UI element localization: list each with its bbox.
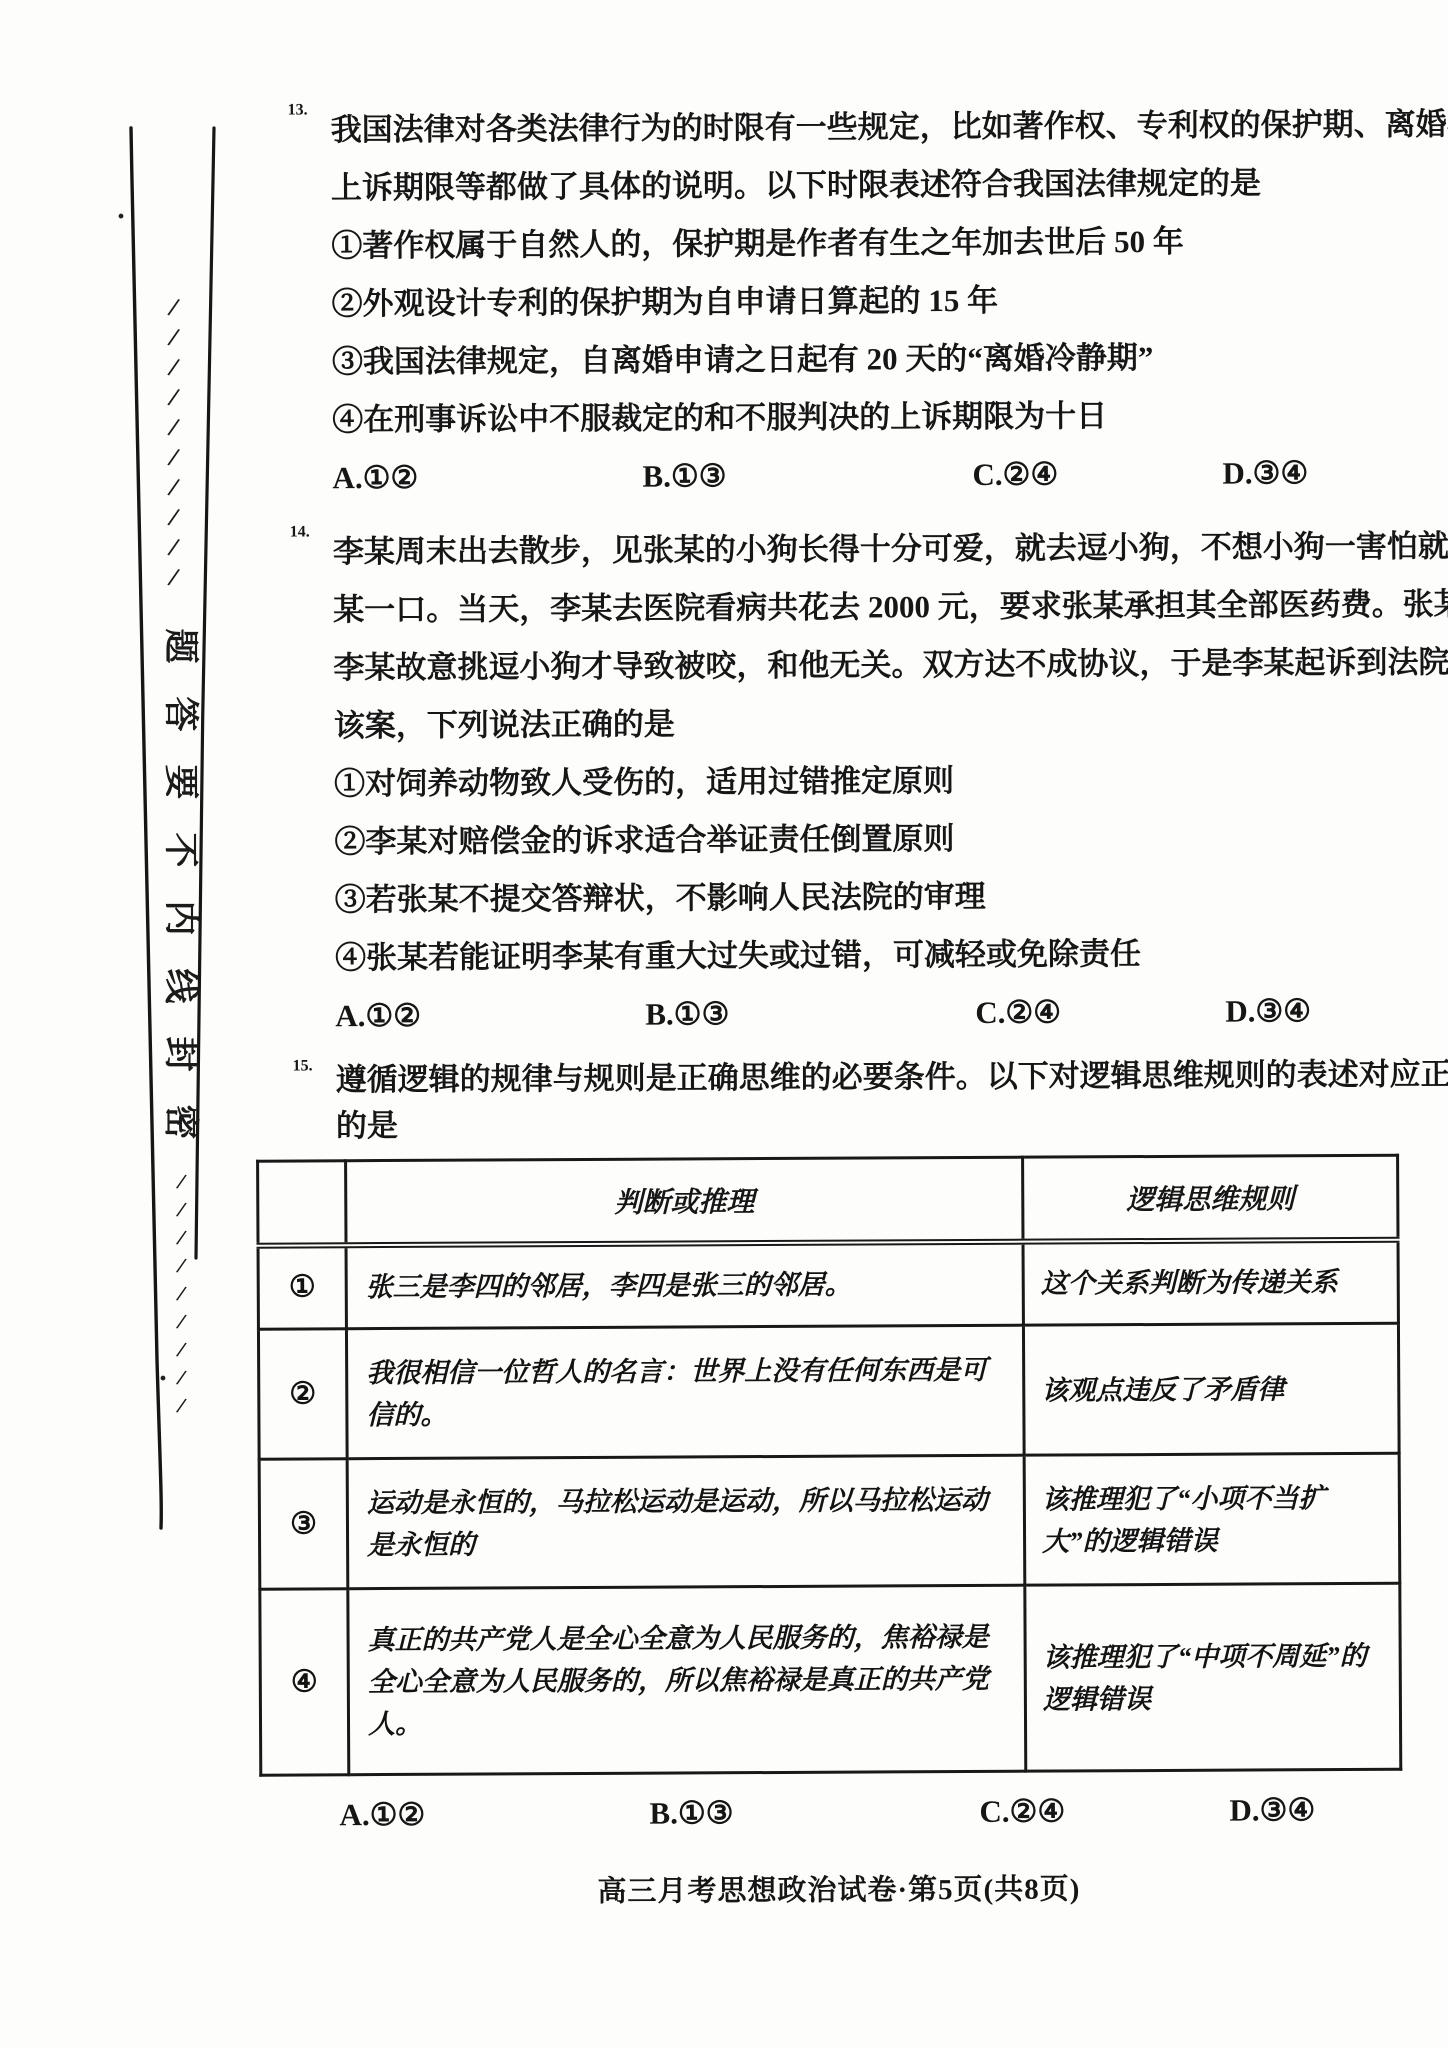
q13-choice-c: C.②④ [972, 445, 1222, 504]
table-row-2: ② 我很相信一位哲人的名言：世界上没有任何东西是可信的。 该观点违反了矛盾律 [258, 1323, 1399, 1459]
table-row-4: ④ 真正的共产党人是全心全意为人民服务的，焦裕禄是全心全意为人民服务的，所以焦裕… [260, 1583, 1401, 1775]
q14-item-2: ②李某对赔偿金的诉求适合举证责任倒置原则 [334, 807, 1448, 871]
q14-choice-c: C.②④ [975, 983, 1225, 1042]
row-4-judgment: 真正的共产党人是全心全意为人民服务的，焦裕禄是全心全意为人民服务的，所以焦裕禄是… [348, 1585, 1026, 1775]
q14-choice-b: B.①③ [645, 984, 975, 1044]
q15-table-wrapper: 判断或推理 逻辑思维规则 ① 张三是李四的邻居，李四是张三的邻居。 这个关系判断… [256, 1153, 1448, 1776]
exam-paper-page: · / / / / / / / / / / 题 答 要 不 内 线 封 密 / … [0, 0, 1448, 2048]
q13-item-2: ②外观设计专利的保护期为自申请日算起的 15 年 [331, 269, 1448, 333]
table-row-1: ① 张三是李四的邻居，李四是张三的邻居。 这个关系判断为传递关系 [258, 1239, 1398, 1329]
q13-item-1: ①著作权属于自然人的，保护期是作者有生之年加去世后 50 年 [331, 211, 1448, 275]
row-4-rule: 该推理犯了“中项不周延”的逻辑错误 [1025, 1583, 1401, 1771]
q15-stem-line: 遵循逻辑的规律与规则是正确思维的必要条件。以下对逻辑思维规则的表述对应正确 [336, 1051, 1448, 1103]
question-14-number: 14. [290, 523, 310, 541]
row-2-rule: 该观点违反了矛盾律 [1023, 1323, 1399, 1455]
row-3-rule: 该推理犯了“小项不当扩大”的逻辑错误 [1024, 1453, 1400, 1585]
q13-choices: A.①② B.①③ C.②④ D.③④ [332, 443, 1448, 507]
q14-stem-line: 李某周末出去散步，见张某的小狗长得十分可爱，就去逗小狗，不想小狗一害怕就咬了李 [333, 517, 1448, 581]
table-header-row: 判断或推理 逻辑思维规则 [258, 1155, 1398, 1245]
row-3-judgment: 运动是永恒的，马拉松运动是运动，所以马拉松运动是永恒的 [347, 1455, 1025, 1589]
q13-choice-d: D.③④ [1222, 443, 1448, 502]
question-15: 15. 遵循逻辑的规律与规则是正确思维的必要条件。以下对逻辑思维规则的表述对应正… [6, 1051, 1448, 1151]
row-4-number: ④ [260, 1589, 349, 1775]
q13-item-4: ④在刑事诉讼中不服裁定的和不服判决的上诉期限为十日 [332, 385, 1448, 449]
row-1-number: ① [258, 1245, 346, 1329]
question-13: 13. 我国法律对各类法律行为的时限有一些规定，比如著作权、专利权的保护期、离婚… [1, 95, 1448, 509]
q14-choice-d: D.③④ [1225, 981, 1448, 1040]
page-footer: 高三月考思想政治试卷·第5页(共8页) [10, 1864, 1448, 1913]
q14-item-3: ③若张某不提交答辩状，不影响人民法院的审理 [335, 865, 1448, 929]
q15-choice-d: D.③④ [1229, 1780, 1448, 1839]
exam-content: 13. 我国法律对各类法律行为的时限有一些规定，比如著作权、专利权的保护期、离婚… [0, 0, 1448, 1913]
row-1-judgment: 张三是李四的邻居，李四是张三的邻居。 [346, 1241, 1023, 1329]
q13-stem-line: 上诉期限等都做了具体的说明。以下时限表述符合我国法律规定的是 [331, 153, 1448, 217]
q14-item-4: ④张某若能证明李某有重大过失或过错，可减轻或免除责任 [335, 923, 1448, 987]
logic-rules-table: 判断或推理 逻辑思维规则 ① 张三是李四的邻居，李四是张三的邻居。 这个关系判断… [256, 1154, 1402, 1777]
q13-stem-line: 我国法律对各类法律行为的时限有一些规定，比如著作权、专利权的保护期、离婚冷静期、 [331, 95, 1448, 159]
table-header-rule: 逻辑思维规则 [1023, 1155, 1398, 1241]
question-15-number: 15. [293, 1057, 313, 1075]
table-header-judgment: 判断或推理 [346, 1157, 1023, 1245]
row-2-number: ② [258, 1329, 347, 1459]
row-1-rule: 这个关系判断为传递关系 [1023, 1239, 1398, 1325]
q14-item-1: ①对饲养动物致人受伤的，适用过错推定原则 [334, 749, 1448, 813]
table-row-3: ③ 运动是永恒的，马拉松运动是运动，所以马拉松运动是永恒的 该推理犯了“小项不当… [259, 1453, 1400, 1589]
q15-choice-a: A.①② [339, 1785, 649, 1845]
table-corner-cell [258, 1161, 346, 1245]
q13-choice-a: A.①② [332, 448, 642, 508]
q14-stem-line: 李某故意挑逗小狗才导致被咬，和他无关。双方达不成协议，于是李某起诉到法院。对于 [333, 633, 1448, 697]
q13-choice-b: B.①③ [642, 446, 972, 506]
question-13-number: 13. [288, 101, 308, 119]
q15-choice-c: C.②④ [979, 1782, 1229, 1841]
q14-stem-line: 该案，下列说法正确的是 [334, 691, 1448, 755]
q13-item-3: ③我国法律规定，自离婚申请之日起有 20 天的“离婚冷静期” [332, 327, 1448, 391]
q15-stem-line: 的是 [336, 1097, 1448, 1149]
q15-choices-block: A.①② B.①③ C.②④ D.③④ [9, 1780, 1448, 1846]
question-14: 14. 李某周末出去散步，见张某的小狗长得十分可爱，就去逗小狗，不想小狗一害怕就… [3, 517, 1448, 1047]
q14-stem-line: 某一口。当天，李某去医院看病共花去 2000 元，要求张某承担其全部医药费。张某… [333, 575, 1448, 639]
row-2-judgment: 我很相信一位哲人的名言：世界上没有任何东西是可信的。 [346, 1325, 1024, 1459]
row-3-number: ③ [259, 1459, 348, 1589]
q14-choice-a: A.①② [335, 986, 645, 1046]
q15-choice-b: B.①③ [649, 1783, 979, 1843]
q14-choices: A.①② B.①③ C.②④ D.③④ [335, 981, 1448, 1045]
q15-choices: A.①② B.①③ C.②④ D.③④ [339, 1780, 1448, 1844]
